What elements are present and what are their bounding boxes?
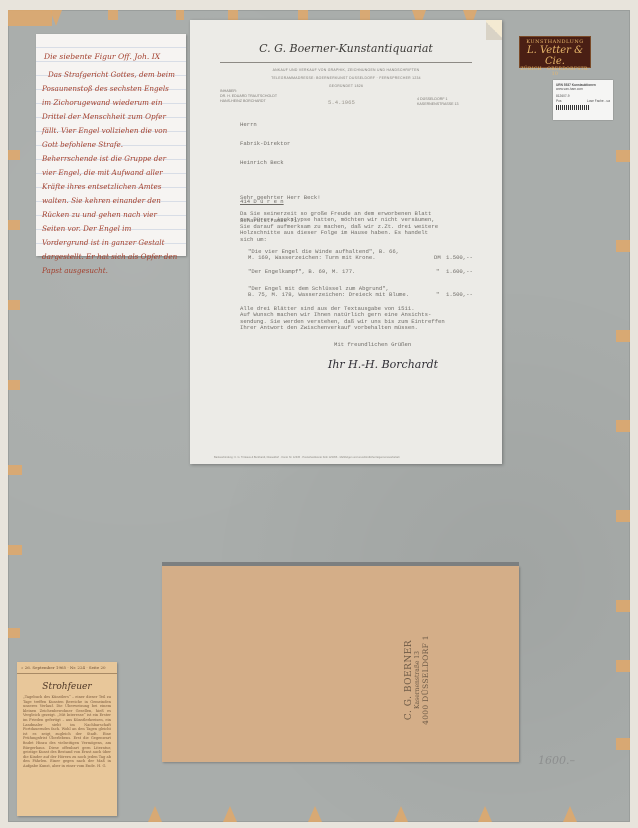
recipient-line: Fabrik-Direktor (240, 141, 297, 147)
dealer-label: KUNSTHANDLUNG L. Vetter & Cie. ZÜRICH · … (519, 36, 591, 68)
tape-strip (308, 806, 322, 822)
signature: Ihr H.-H. Borchardt (328, 358, 438, 371)
item-description: "Der Engel mit dem Schlüssel zum Abgrund… (248, 286, 409, 299)
tape-strip (394, 806, 408, 822)
sticker-row: Pos Lose Fache - ua (556, 99, 610, 103)
envelope-name: C. G. BOERNER (404, 618, 414, 742)
barcode (556, 105, 590, 110)
envelope-street: Kasernenstraße 13 (414, 618, 421, 742)
city-block: 4 DÜSSELDORF 1 KASERNENSTRASSE 13 (417, 97, 459, 107)
envelope-address: C. G. BOERNER Kasernenstraße 13 4000 DÜS… (404, 618, 430, 742)
letter-sheet: C. G. Boerner-Kunstantiquariat ANKAUF UN… (190, 20, 502, 464)
tape-strip (8, 628, 20, 638)
inventory-sticker: URN 5537 Kunstauktionen www.van-ham.com … (553, 80, 613, 120)
tape-strip (176, 10, 184, 20)
note-body: Das Strafgericht Gottes, dem beim Posaun… (42, 68, 180, 278)
tape-strip (223, 806, 237, 822)
tape-strip (616, 420, 630, 432)
letter-footer: Bankverbindung: C. G. Trinkaus & Burkhar… (214, 456, 488, 459)
item-price: 1.500,-- (446, 255, 473, 261)
item-currency: " (436, 269, 439, 275)
clipping-text: „Tagebuch des Künstlers“ – einer dieser … (17, 695, 117, 769)
folded-corner (486, 20, 502, 40)
clipping-headline: Strohfeuer (17, 682, 117, 692)
owners-block: INHABER: DR. H. EDUARD TRAUTSCHOLDT HANS… (220, 89, 277, 104)
item-description: "Der Engelkampf", B. 69, M. 177. (248, 269, 355, 275)
tape-strip (478, 806, 492, 822)
tape-strip (616, 240, 630, 252)
letterhead: C. G. Boerner-Kunstantiquariat (190, 42, 502, 55)
tape-strip (8, 545, 22, 555)
newspaper-clipping: » 26. September 1965 · Nr. 224 · Seite 2… (17, 662, 117, 816)
sticker-line: Lose Fache - ua (587, 99, 610, 103)
tape-strip (8, 10, 52, 26)
item-description: "Die vier Engel die Winde aufhaltend", B… (248, 249, 399, 262)
tape-strip (8, 220, 20, 230)
item-price: 1.500,-- (446, 292, 473, 298)
clipping-dateline: » 26. September 1965 · Nr. 224 · Seite 2… (17, 662, 117, 674)
recipient-line (240, 179, 297, 185)
tape-strip (616, 510, 630, 522)
letterhead-subline: GEGRÜNDET 1826 (190, 84, 502, 88)
sticker-line: Pos (556, 99, 562, 103)
dealer-label-bottom: ZÜRICH · OBERDORFSTR. 10 (520, 67, 590, 77)
city-line: KASERNENSTRASSE 13 (417, 102, 459, 107)
envelope-city: 4000 DÜSSELDORF 1 (421, 618, 430, 742)
note-title: Die siebente Figur Off. Joh. IX (44, 50, 180, 64)
tape-strip (8, 465, 22, 475)
owners-line: HANS-HEINZ BORCHARDT (220, 99, 277, 104)
item-price: 1.600,-- (446, 269, 473, 275)
sticker-line: www.van-ham.com (556, 87, 610, 91)
tape-strip (616, 738, 630, 750)
letterhead-rule (220, 62, 472, 63)
tape-strip (108, 10, 118, 20)
letter-date: 5.4.1965 (328, 100, 355, 106)
letter-paragraph-2: Alle drei Blätter sind aus der Textausga… (240, 306, 445, 332)
recipient-line: Herrn (240, 122, 297, 128)
handwritten-note: Die siebente Figur Off. Joh. IX Das Stra… (36, 34, 186, 256)
tape-strip (8, 150, 20, 160)
tape-strip (8, 300, 20, 310)
letter-paragraph-1: Da Sie seinerzeit so große Freude an dem… (240, 211, 438, 243)
tape-strip (616, 600, 630, 612)
recipient-line: Heinrich Beck (240, 160, 297, 166)
dealer-label-name: L. Vetter & Cie. (520, 45, 590, 67)
tape-strip (616, 330, 630, 342)
letterhead-subline: TELEGRAMMADRESSE: BOERNERKUNST DUSSELDOR… (190, 76, 502, 80)
salutation: Sehr geehrter Herr Beck! (240, 195, 321, 201)
tape-strip (8, 380, 20, 390)
closing: Mit freundlichen Grüßen (334, 342, 411, 348)
item-currency: DM (434, 255, 441, 261)
pencil-price-note: 1600.– (538, 754, 575, 767)
letterhead-subline: ANKAUF UND VERKAUF VON GRAPHIK, ZEICHNUN… (190, 68, 502, 72)
tape-strip (563, 806, 577, 822)
tape-strip (616, 660, 630, 672)
tape-strip (148, 806, 162, 822)
item-currency: " (436, 292, 439, 298)
envelope (162, 566, 519, 762)
tape-strip (616, 150, 630, 162)
